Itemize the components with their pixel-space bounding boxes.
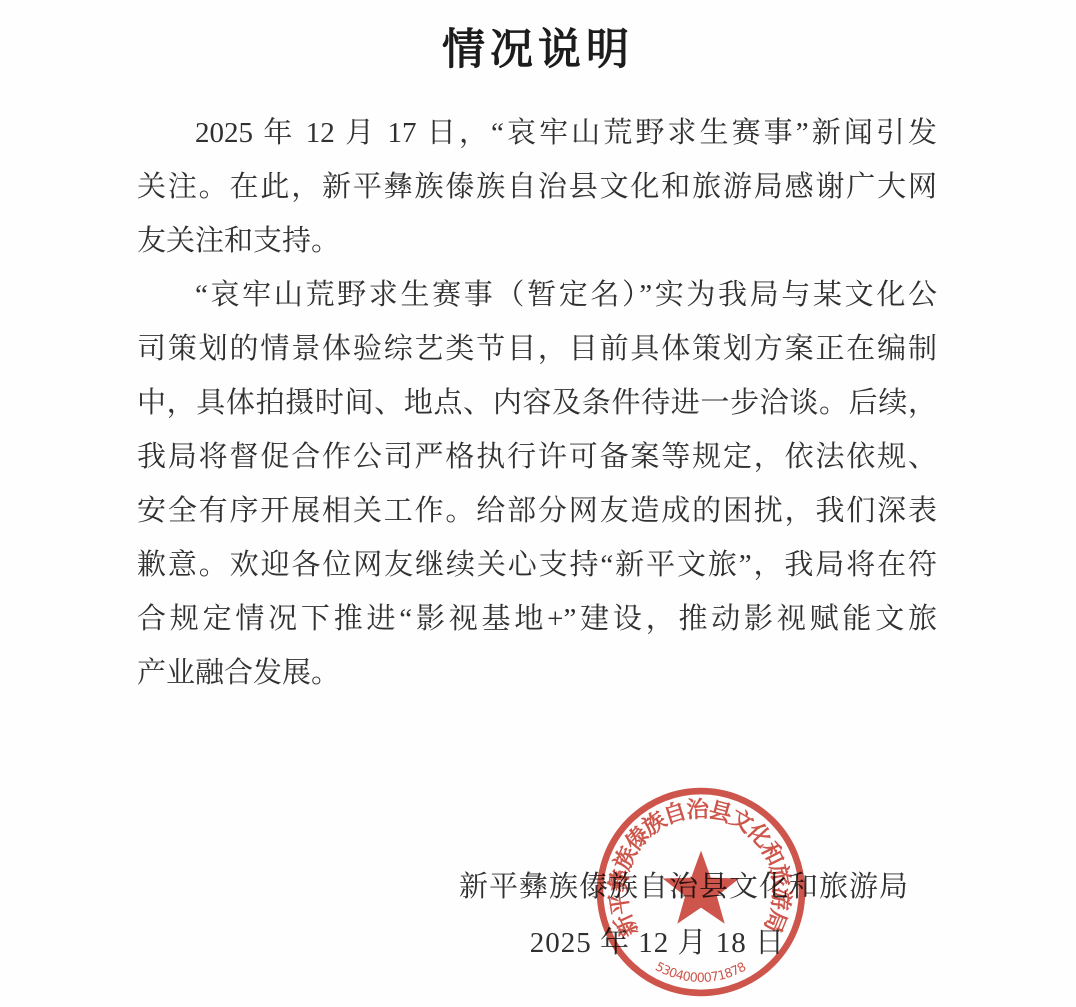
body-line: 关注。在此，新平彝族傣族自治县文化和旅游局感谢广大网 (137, 160, 937, 214)
signature-date: 2025 年 12 月 18 日 (137, 922, 937, 964)
body-line: 2025 年 12 月 17 日，“哀牢山荒野求生赛事”新闻引发 (137, 106, 937, 160)
official-statement-document: 情况说明 2025 年 12 月 17 日，“哀牢山荒野求生赛事”新闻引发关注。… (0, 0, 1076, 1007)
body-line: 产业融合发展。 (137, 646, 937, 700)
document-title: 情况说明 (0, 22, 1076, 78)
seal-star-icon (663, 851, 740, 924)
signature-organization: 新平彝族傣族自治县文化和旅游局 (137, 865, 937, 909)
body-line: 安全有序开展相关工作。给部分网友造成的困扰，我们深表 (137, 484, 937, 538)
body-line: 司策划的情景体验综艺类节目，目前具体策划方案正在编制 (137, 322, 937, 376)
body-line: 友关注和支持。 (137, 214, 937, 268)
official-seal: 新平彝族傣族自治县文化和旅游局 5304000071878 (594, 784, 808, 1000)
seal-code-text: 5304000071878 (653, 959, 748, 985)
body-line: 我局将督促合作公司严格执行许可备案等规定，依法依规、 (137, 430, 937, 484)
body-line: 中，具体拍摄时间、地点、内容及条件待进一步洽谈。后续， (137, 376, 937, 430)
body-line: 歉意。欢迎各位网友继续关心支持“新平文旅”，我局将在符 (137, 538, 937, 592)
document-body: 2025 年 12 月 17 日，“哀牢山荒野求生赛事”新闻引发关注。在此，新平… (137, 106, 937, 700)
signature-block: 新平彝族傣族自治县文化和旅游局 2025 年 12 月 18 日 (137, 865, 937, 964)
body-line: “哀牢山荒野求生赛事（暂定名）”实为我局与某文化公 (137, 268, 937, 322)
body-line: 合规定情况下推进“影视基地+”建设，推动影视赋能文旅 (137, 592, 937, 646)
